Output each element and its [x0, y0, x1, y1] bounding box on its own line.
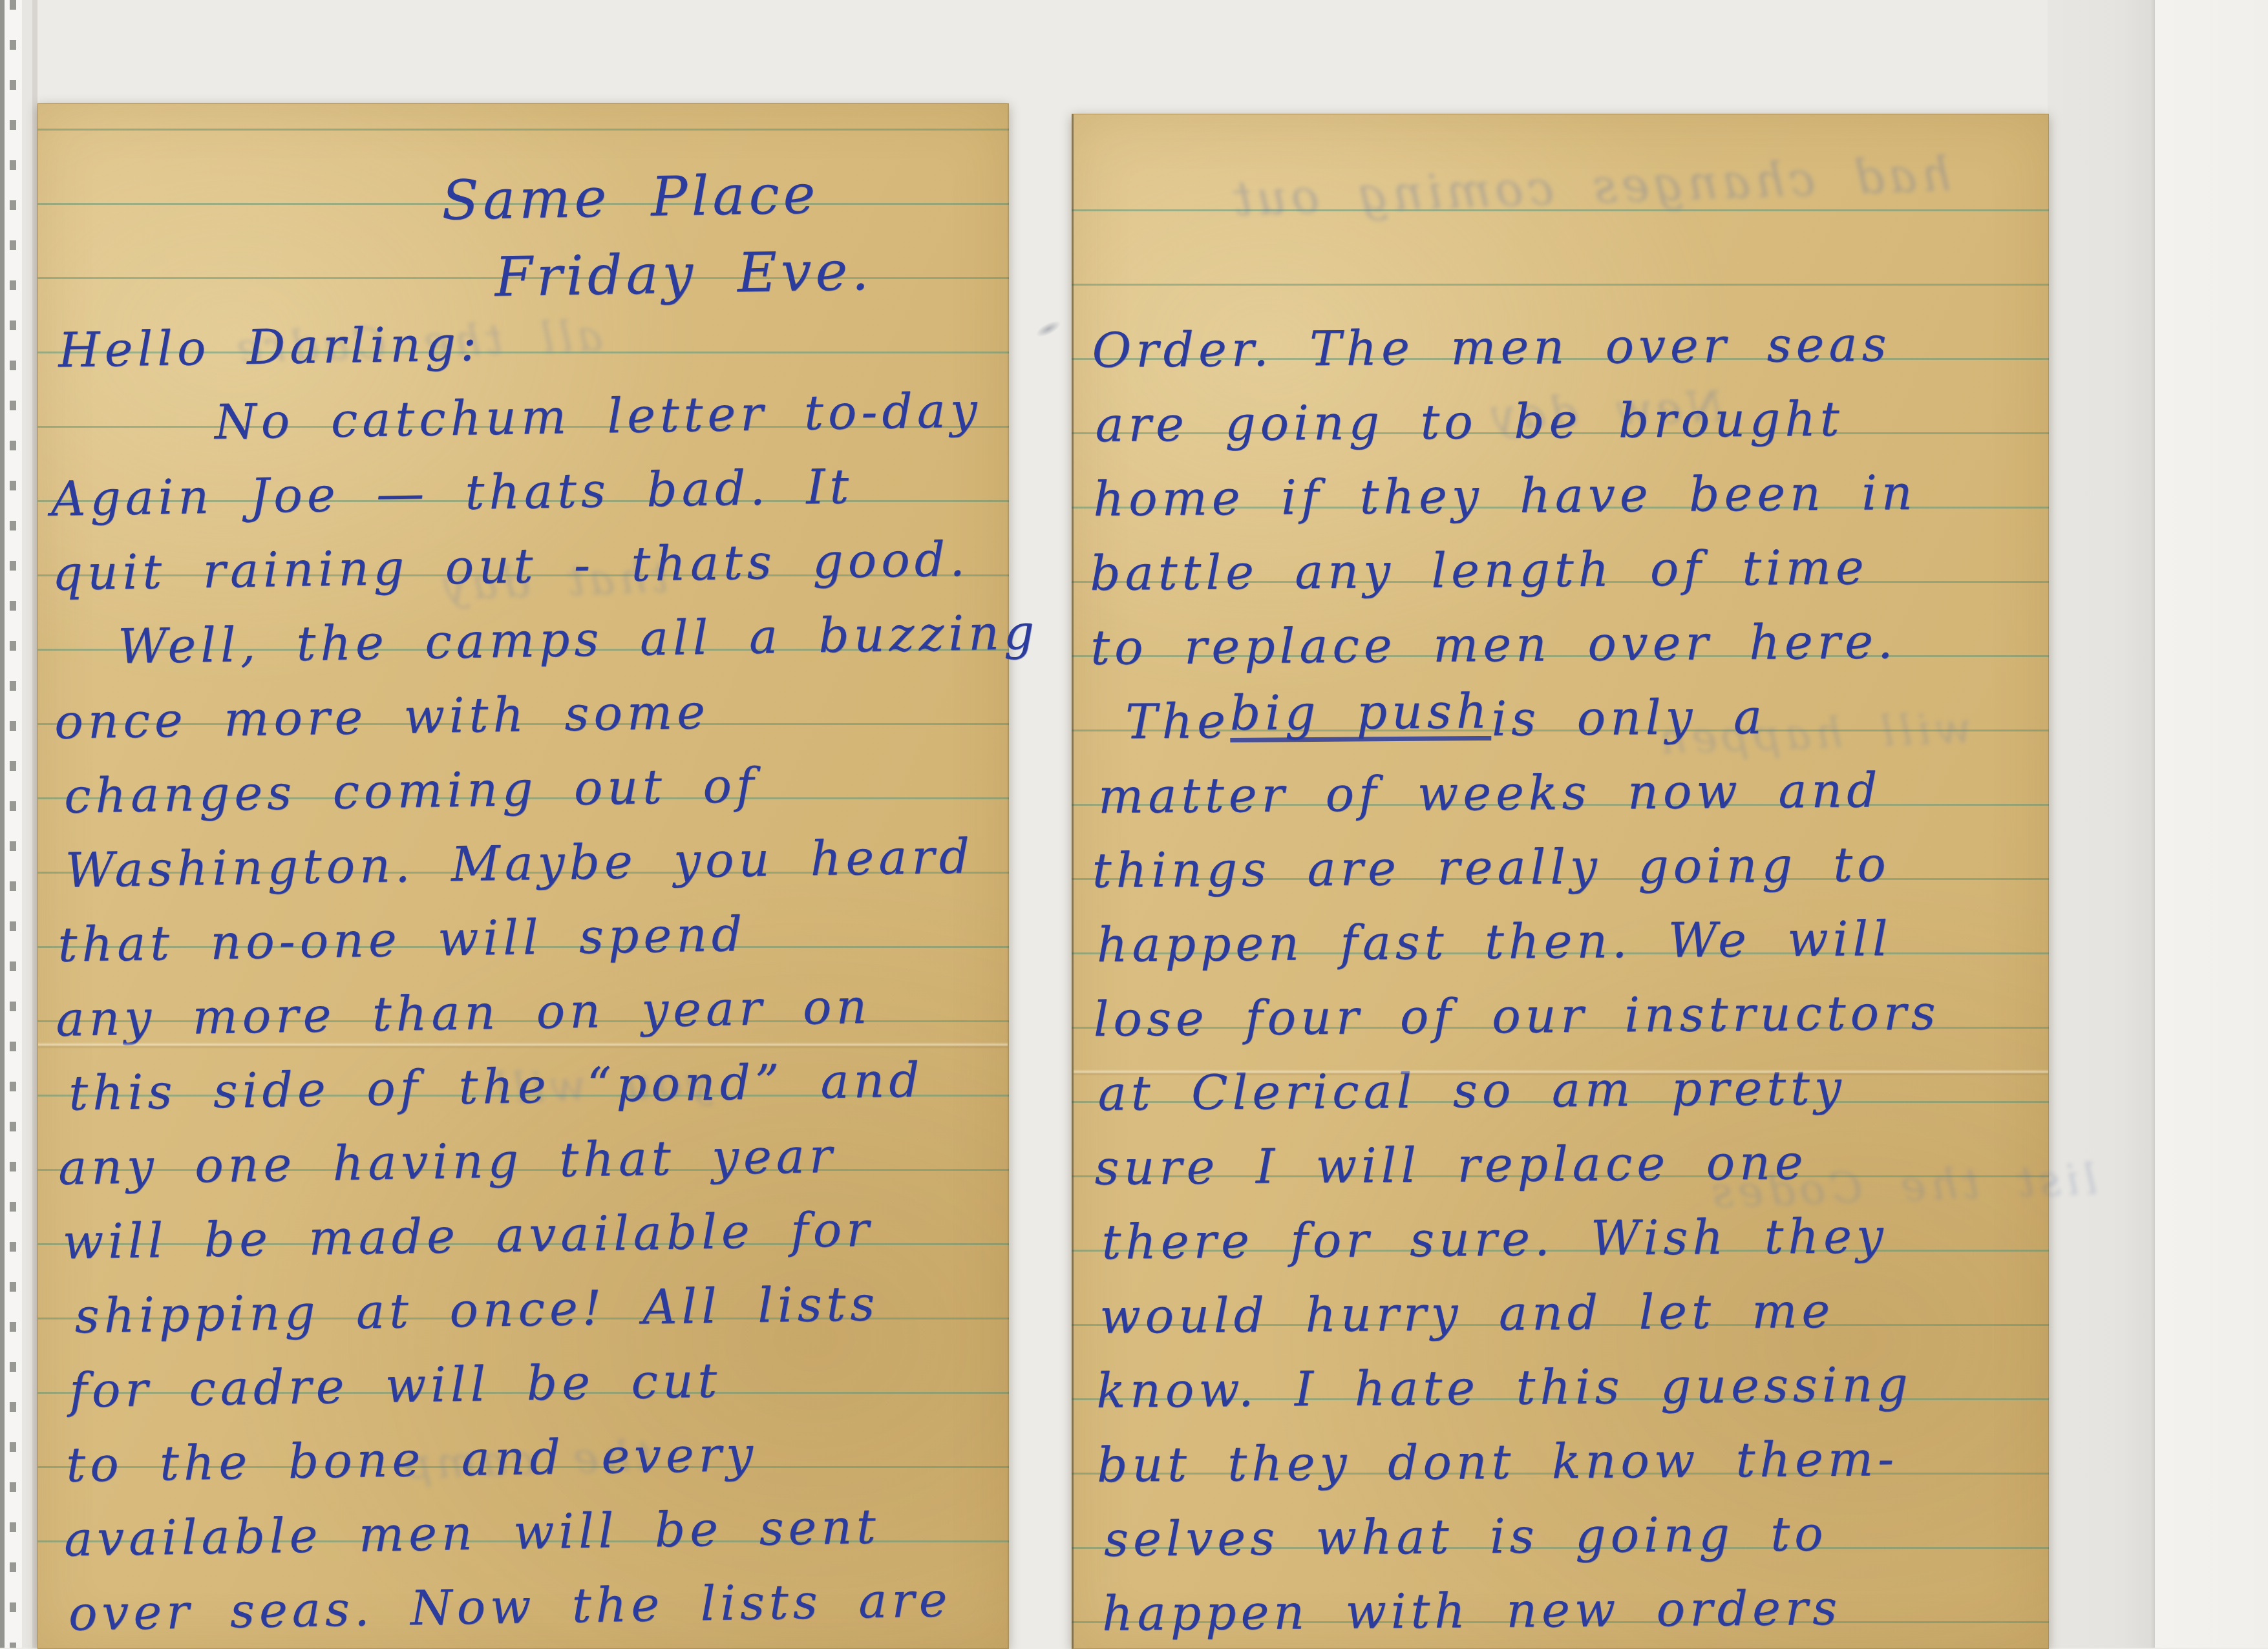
handwriting-line: would hurry and let me	[1081, 1260, 2057, 1342]
letter-dateline: Same Place Friday Eve.	[37, 138, 1009, 310]
page-2-handwriting: Order. The men over seasare going to be …	[1074, 294, 2059, 1639]
fold-crease	[38, 1042, 1008, 1049]
binder-sleeve-edge	[0, 0, 37, 1648]
handwriting-line: sure I will replace one	[1080, 1111, 2055, 1193]
handwriting-line: lose four of our instructors	[1079, 963, 2054, 1045]
sleeve-stitch-marks	[10, 0, 16, 1648]
smudge-mark	[1026, 310, 1071, 348]
handwriting-line: battle any length of time	[1076, 517, 2051, 599]
bleed-through-ghost-text: had changes coming out	[1228, 147, 1952, 227]
handwriting-line: The big push is only a	[1077, 666, 2052, 748]
fold-crease	[1074, 1069, 2048, 1076]
scanner-background-edge	[2155, 0, 2268, 1648]
handwriting-line: selves what is going to	[1083, 1483, 2058, 1565]
page-1-handwriting: Hello Darling:No catchum letter to-dayAg…	[38, 286, 1028, 1639]
handwriting-line: happen fast then. We will	[1078, 888, 2053, 971]
handwriting-line: are going to be brought	[1074, 368, 2050, 450]
handwriting-line: things are really going to	[1077, 814, 2053, 896]
scanned-letter: all the Cadre that day you will the camp…	[0, 0, 2268, 1648]
letter-page-2: had changes coming out New day will happ…	[1072, 114, 2049, 1648]
handwriting-line: home if they have been in	[1075, 443, 2050, 525]
handwriting-line: there for sure. Wish they	[1081, 1186, 2056, 1268]
handwriting-line: matter of weeks now and	[1077, 740, 2052, 822]
scanner-background-band	[2048, 0, 2155, 1648]
handwriting-line: at Clerical so am pretty	[1079, 1037, 2055, 1119]
handwriting-line: happen with new orders	[1083, 1557, 2059, 1639]
handwriting-line: but they dont know them-	[1083, 1409, 2058, 1491]
letter-page-1: all the Cadre that day you will the camp…	[37, 103, 1009, 1648]
handwriting-line: to replace men over here.	[1076, 591, 2051, 673]
handwriting-line: know. I hate this guessing	[1082, 1334, 2057, 1416]
handwriting-line: Order. The men over seas	[1074, 294, 2049, 376]
